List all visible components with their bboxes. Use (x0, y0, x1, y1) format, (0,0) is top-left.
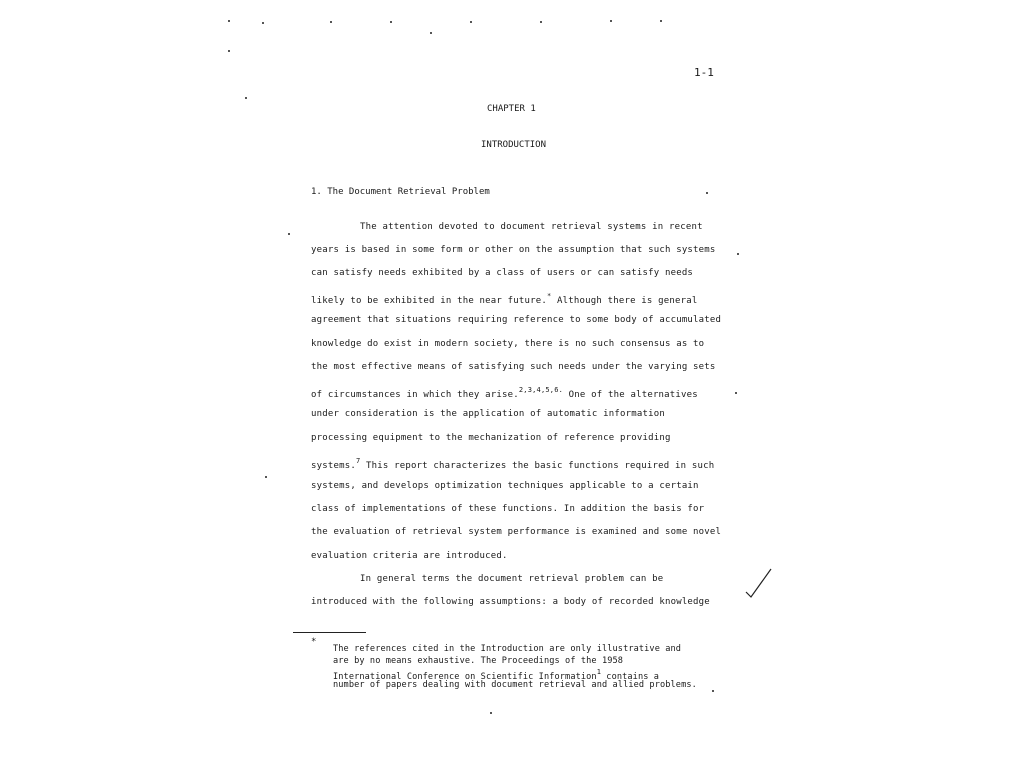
checkmark-icon (744, 566, 774, 602)
body-line: introduced with the following assumption… (311, 597, 710, 607)
body-line: processing equipment to the mechanizatio… (311, 433, 671, 443)
body-line: the most effective means of satisfying s… (311, 362, 716, 372)
body-line: systems.7 This report characterizes the … (311, 457, 714, 471)
scan-speck (330, 21, 332, 23)
chapter-title: INTRODUCTION (481, 140, 546, 150)
footnote-line: are by no means exhaustive. The Proceedi… (333, 656, 623, 666)
document-page: 1-1 CHAPTER 1 INTRODUCTION 1. The Docume… (0, 0, 1024, 768)
section-heading: 1. The Document Retrieval Problem (311, 187, 490, 197)
chapter-heading: CHAPTER 1 (487, 104, 536, 114)
footnote-line: The references cited in the Introduction… (333, 644, 681, 654)
body-line: of circumstances in which they arise.2,3… (311, 386, 698, 400)
footnote-divider (293, 632, 366, 633)
scan-speck (288, 233, 290, 235)
scan-speck (706, 192, 708, 194)
body-text: Although there is general (551, 296, 697, 306)
scan-speck (712, 690, 714, 692)
reference-markers: 2,3,4,5,6. (519, 386, 563, 394)
footnote-line: number of papers dealing with document r… (333, 680, 697, 690)
scan-speck (228, 50, 230, 52)
scan-speck (265, 476, 267, 478)
body-text: This report characterizes the basic func… (360, 461, 714, 471)
scan-speck (262, 22, 264, 24)
body-line: the evaluation of retrieval system perfo… (311, 527, 721, 537)
scan-speck (610, 20, 612, 22)
footnote-marker: * (311, 637, 316, 647)
scan-speck (430, 32, 432, 34)
body-text: systems. (311, 461, 356, 471)
body-line: years is based in some form or other on … (311, 245, 716, 255)
scan-speck (540, 21, 542, 23)
body-text: likely to be exhibited in the near futur… (311, 296, 547, 306)
scan-speck (660, 20, 662, 22)
scan-speck (228, 20, 230, 22)
scan-speck (737, 253, 739, 255)
page-number: 1-1 (694, 66, 714, 79)
body-line: The attention devoted to document retrie… (360, 222, 703, 232)
body-line: systems, and develops optimization techn… (311, 481, 699, 491)
scan-speck (735, 392, 737, 394)
body-text: of circumstances in which they arise. (311, 390, 519, 400)
body-line: under consideration is the application o… (311, 409, 665, 419)
scan-speck (470, 21, 472, 23)
body-line: class of implementations of these functi… (311, 504, 704, 514)
body-line: agreement that situations requiring refe… (311, 315, 721, 325)
scan-speck (490, 712, 492, 714)
scan-speck (390, 21, 392, 23)
body-text: One of the alternatives (563, 390, 698, 400)
body-line: can satisfy needs exhibited by a class o… (311, 268, 693, 278)
scan-speck (245, 97, 247, 99)
body-line: evaluation criteria are introduced. (311, 551, 508, 561)
body-line: In general terms the document retrieval … (360, 574, 663, 584)
body-line: likely to be exhibited in the near futur… (311, 292, 698, 306)
body-line: knowledge do exist in modern society, th… (311, 339, 704, 349)
